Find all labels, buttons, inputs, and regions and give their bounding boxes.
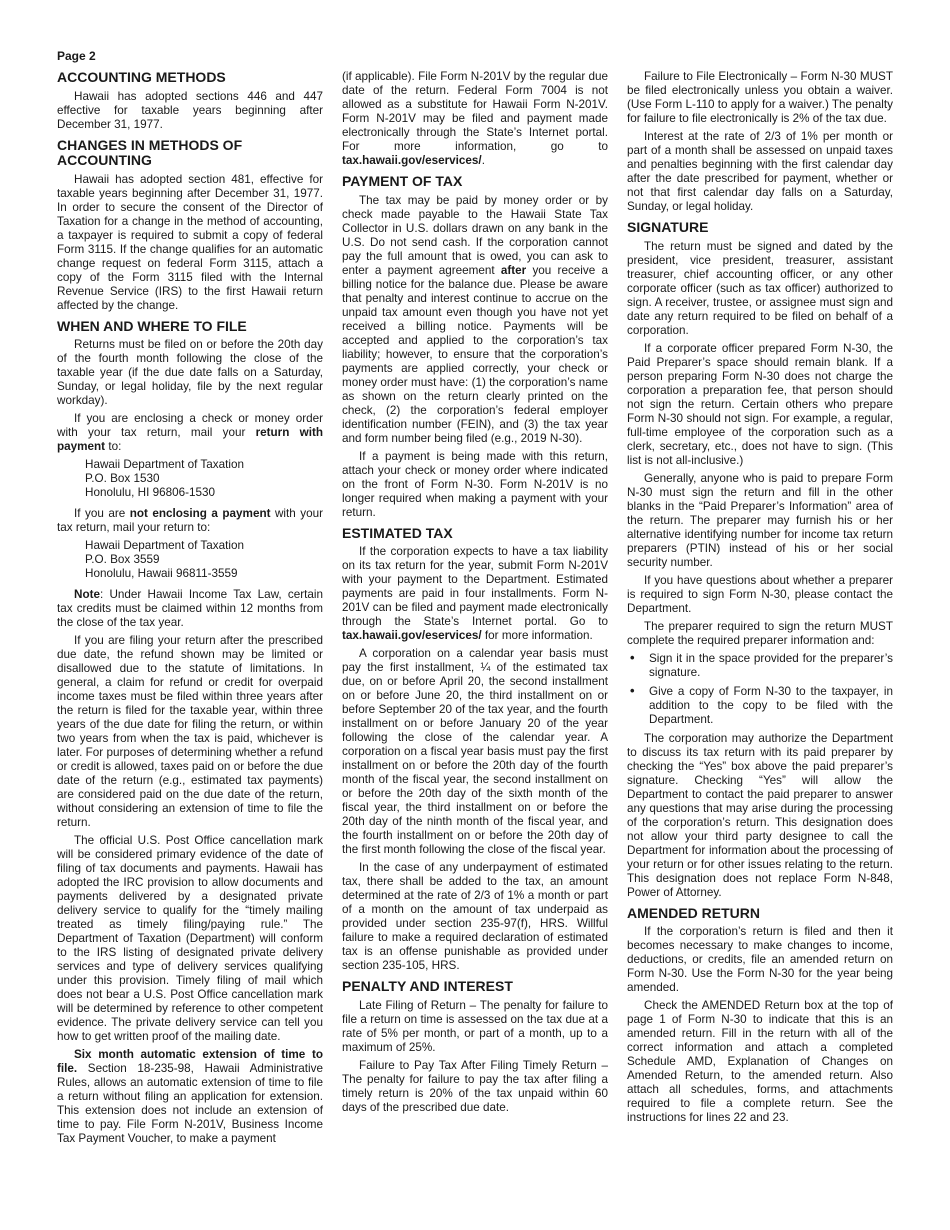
paragraph: If you have questions about whether a pr… bbox=[627, 574, 893, 616]
section-heading: WHEN AND WHERE TO FILE bbox=[57, 319, 323, 335]
address-block: Hawaii Department of TaxationP.O. Box 15… bbox=[85, 458, 323, 500]
document-page: Page 2 ACCOUNTING METHODSHawaii has adop… bbox=[0, 0, 950, 1230]
paragraph: Failure to Pay Tax After Filing Timely R… bbox=[342, 1059, 608, 1115]
section-heading: ESTIMATED TAX bbox=[342, 526, 608, 542]
paragraph: Late Filing of Return – The penalty for … bbox=[342, 999, 608, 1055]
paragraph: The tax may be paid by money order or by… bbox=[342, 194, 608, 446]
paragraph: If you are enclosing a check or money or… bbox=[57, 412, 323, 454]
paragraph: The return must be signed and dated by t… bbox=[627, 240, 893, 338]
column-3: Failure to File Electronically – Form N-… bbox=[627, 70, 893, 1129]
column-1: ACCOUNTING METHODSHawaii has adopted sec… bbox=[57, 70, 323, 1150]
paragraph: In the case of any underpayment of estim… bbox=[342, 861, 608, 973]
paragraph: The preparer required to sign the return… bbox=[627, 620, 893, 648]
paragraph: A corporation on a calendar year basis m… bbox=[342, 647, 608, 857]
paragraph: Check the AMENDED Return box at the top … bbox=[627, 999, 893, 1125]
paragraph: (if applicable). File Form N-201V by the… bbox=[342, 70, 608, 168]
section-heading: PENALTY AND INTEREST bbox=[342, 979, 608, 995]
section-heading: SIGNATURE bbox=[627, 220, 893, 236]
address-line: P.O. Box 3559 bbox=[85, 553, 323, 567]
bullet-list: Sign it in the space provided for the pr… bbox=[627, 652, 893, 727]
address-block: Hawaii Department of TaxationP.O. Box 35… bbox=[85, 539, 323, 581]
paragraph: Failure to File Electronically – Form N-… bbox=[627, 70, 893, 126]
column-2: (if applicable). File Form N-201V by the… bbox=[342, 70, 608, 1119]
paragraph: If you are filing your return after the … bbox=[57, 634, 323, 830]
paragraph: Interest at the rate of 2/3 of 1% per mo… bbox=[627, 130, 893, 214]
address-line: Hawaii Department of Taxation bbox=[85, 458, 323, 472]
paragraph: Hawaii has adopted sections 446 and 447 … bbox=[57, 90, 323, 132]
paragraph: If a payment is being made with this ret… bbox=[342, 450, 608, 520]
bullet-item: Give a copy of Form N-30 to the taxpayer… bbox=[627, 685, 893, 727]
paragraph: Hawaii has adopted section 481, effectiv… bbox=[57, 173, 323, 313]
section-heading: AMENDED RETURN bbox=[627, 906, 893, 922]
page-number-label: Page 2 bbox=[57, 50, 892, 63]
paragraph: If you are not enclosing a payment with … bbox=[57, 507, 323, 535]
paragraph: If the corporation’s return is filed and… bbox=[627, 925, 893, 995]
paragraph: Returns must be filed on or before the 2… bbox=[57, 338, 323, 408]
section-heading: ACCOUNTING METHODS bbox=[57, 70, 323, 86]
paragraph: Generally, anyone who is paid to prepare… bbox=[627, 472, 893, 570]
address-line: Honolulu, Hawaii 96811-3559 bbox=[85, 567, 323, 581]
paragraph: If a corporate officer prepared Form N-3… bbox=[627, 342, 893, 468]
section-heading: CHANGES IN METHODS OF ACCOUNTING bbox=[57, 138, 323, 169]
bullet-item: Sign it in the space provided for the pr… bbox=[627, 652, 893, 680]
paragraph: Note: Under Hawaii Income Tax Law, certa… bbox=[57, 588, 323, 630]
address-line: P.O. Box 1530 bbox=[85, 472, 323, 486]
address-line: Hawaii Department of Taxation bbox=[85, 539, 323, 553]
document-columns: ACCOUNTING METHODSHawaii has adopted sec… bbox=[57, 70, 892, 1150]
paragraph: If the corporation expects to have a tax… bbox=[342, 545, 608, 643]
address-line: Honolulu, HI 96806-1530 bbox=[85, 486, 323, 500]
paragraph: The official U.S. Post Office cancellati… bbox=[57, 834, 323, 1044]
paragraph: Six month automatic extension of time to… bbox=[57, 1048, 323, 1146]
section-heading: PAYMENT OF TAX bbox=[342, 174, 608, 190]
paragraph: The corporation may authorize the Depart… bbox=[627, 732, 893, 900]
